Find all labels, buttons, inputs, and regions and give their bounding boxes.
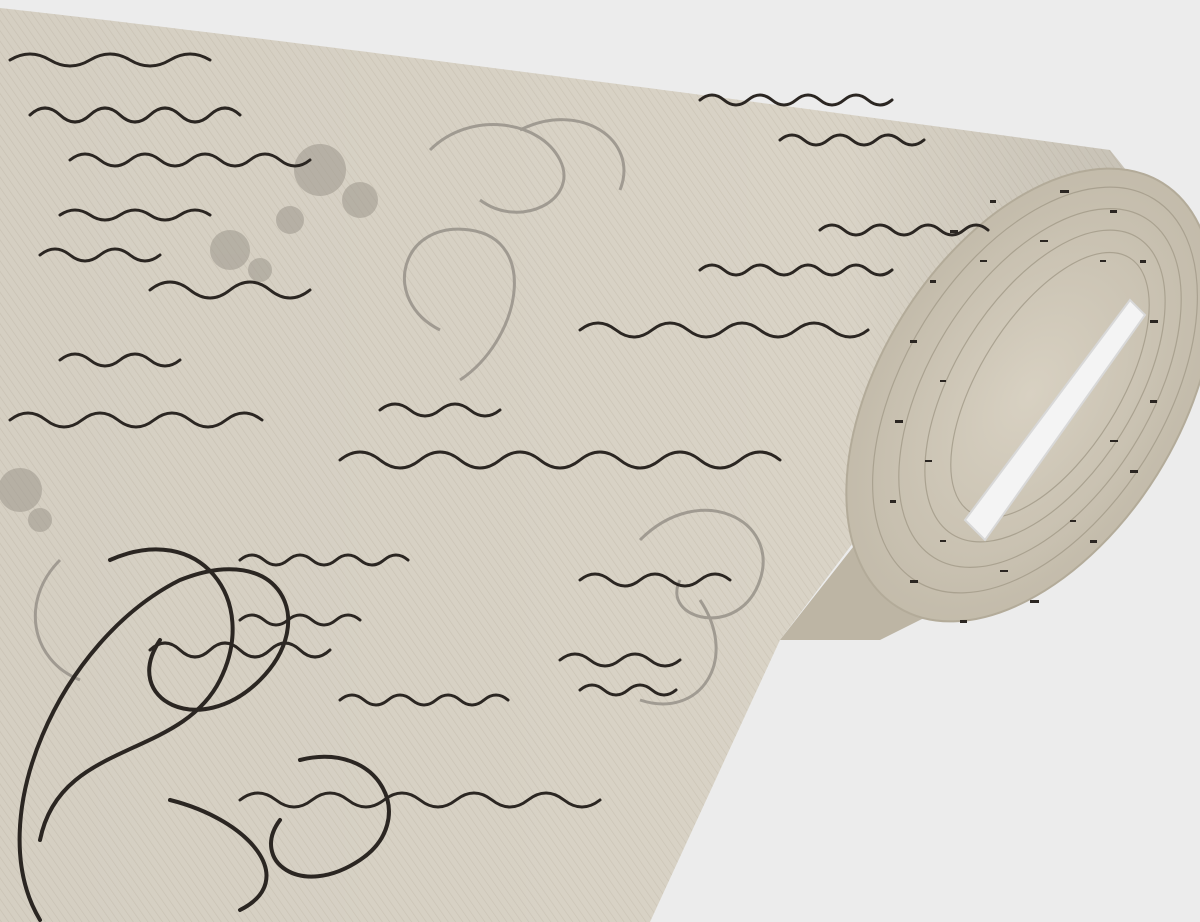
fabric-roll-illustration <box>0 0 1200 922</box>
product-photo: Fabric roll with calligraphy script patt… <box>0 0 1200 922</box>
